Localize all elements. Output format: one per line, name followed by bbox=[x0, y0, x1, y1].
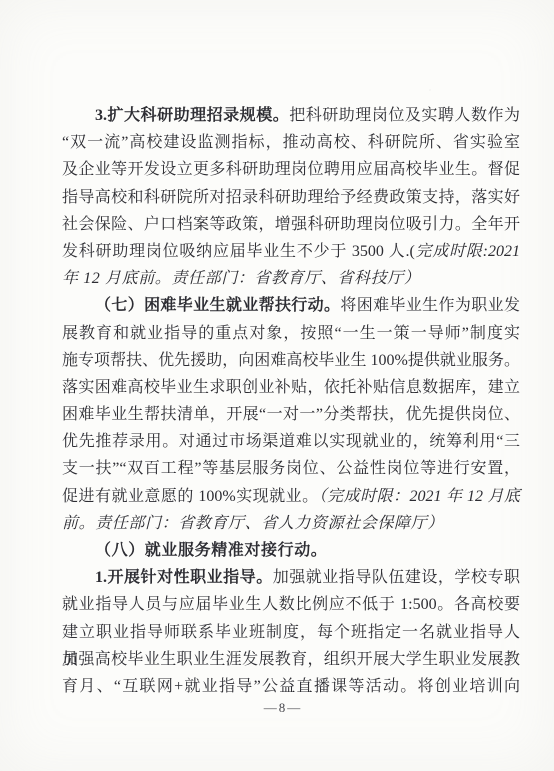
text-line: 指导高校和科研院所对招录科研助理给予经费政策支持，落实好 bbox=[62, 184, 520, 211]
text-line: 3.扩大科研助理招录规模。把科研助理岗位及实聘人数作为 bbox=[62, 102, 520, 129]
body-segment: 把科研助理岗位及实聘人数作为 bbox=[289, 107, 520, 124]
text-line: 落实困难高校毕业生求职创业补贴，依托补贴信息数据库，建立 bbox=[62, 374, 520, 401]
document-text: 3.扩大科研助理招录规模。把科研助理岗位及实聘人数作为“双一流”高校建设监测指标… bbox=[62, 102, 520, 700]
heading-segment: （八）就业服务精准对接行动。 bbox=[95, 542, 327, 559]
text-line: 发科研助理岗位吸纳应届毕业生不少于 3500 人.(完成时限:2021 bbox=[62, 238, 520, 265]
body-segment: 促进有就业意愿的 100%实现就业。 bbox=[62, 488, 319, 505]
annotation-segment: 年 12 月底前。责任部门：省教育厅、省科技厅） bbox=[62, 270, 420, 287]
text-line: 及企业等开发设立更多科研助理岗位聘用应届高校毕业生。督促 bbox=[62, 156, 520, 183]
body-segment: 就业指导人员与应届毕业生人数比例应不低于 1:500。各高校要 bbox=[62, 596, 520, 613]
text-line: 年 12 月底前。责任部门：省教育厅、省科技厅） bbox=[62, 265, 520, 292]
body-segment: 社会保险、户口档案等政策，增强科研助理岗位吸引力。全年开 bbox=[62, 216, 520, 233]
text-line: 展教育和就业指导的重点对象，按照“一生一策一导师”制度实 bbox=[62, 320, 520, 347]
text-line: 困难毕业生帮扶清单，开展“一对一”分类帮扶，优先提供岗位、 bbox=[62, 401, 520, 428]
text-line: 1.开展针对性职业指导。加强就业指导队伍建设，学校专职 bbox=[62, 564, 520, 591]
annotation-segment: （完成时限：2021 年 12 月底 bbox=[319, 488, 520, 505]
body-segment: 支一扶”“双百工程”等基层服务岗位、公益性岗位等进行安置， bbox=[62, 460, 520, 477]
text-line: “双一流”高校建设监测指标，推动高校、科研院所、省实验室 bbox=[62, 129, 520, 156]
text-line: 施专项帮扶、优先援助，向困难高校毕业生 100%提供就业服务。 bbox=[62, 347, 520, 374]
body-segment: 及企业等开发设立更多科研助理岗位聘用应届高校毕业生。督促 bbox=[62, 161, 520, 178]
text-line: 前。责任部门：省教育厅、省人力资源社会保障厅） bbox=[62, 510, 520, 537]
body-segment: “双一流”高校建设监测指标，推动高校、科研院所、省实验室 bbox=[62, 134, 520, 151]
text-line: 育月、“互联网+就业指导”公益直播课等活动。将创业培训向 bbox=[62, 673, 520, 700]
body-segment: 加强高校毕业生职业生涯发展教育，组织开展大学生职业发展教 bbox=[62, 651, 520, 668]
heading-segment: 3.扩大科研助理招录规模。 bbox=[95, 107, 289, 124]
body-segment: 指导高校和科研院所对招录科研助理给予经费政策支持，落实好 bbox=[62, 189, 520, 206]
text-line: 促进有就业意愿的 100%实现就业。（完成时限：2021 年 12 月底 bbox=[62, 483, 520, 510]
body-segment: 发科研助理岗位吸纳应届毕业生不少于 3500 人.( bbox=[62, 243, 415, 260]
text-line: 社会保险、户口档案等政策，增强科研助理岗位吸引力。全年开 bbox=[62, 211, 520, 238]
text-line: 就业指导人员与应届毕业生人数比例应不低于 1:500。各高校要 bbox=[62, 591, 520, 618]
text-line: 优先推荐录用。对通过市场渠道难以实现就业的，统筹利用“三 bbox=[62, 428, 520, 455]
body-segment: 困难毕业生帮扶清单，开展“一对一”分类帮扶，优先提供岗位、 bbox=[62, 406, 520, 423]
body-segment: 施专项帮扶、优先援助，向困难高校毕业生 100%提供就业服务。 bbox=[62, 352, 520, 369]
body-segment: 加强就业指导队伍建设，学校专职 bbox=[273, 569, 520, 586]
annotation-segment: 前。责任部门：省教育厅、省人力资源社会保障厅） bbox=[62, 515, 444, 532]
body-segment: 育月、“互联网+就业指导”公益直播课等活动。将创业培训向 bbox=[62, 678, 520, 695]
text-line: 支一扶”“双百工程”等基层服务岗位、公益性岗位等进行安置， bbox=[62, 455, 520, 482]
scanned-page: 3.扩大科研助理招录规模。把科研助理岗位及实聘人数作为“双一流”高校建设监测指标… bbox=[0, 0, 554, 771]
annotation-segment: 完成时限:2021 bbox=[415, 243, 520, 260]
text-line: （八）就业服务精准对接行动。 bbox=[62, 537, 520, 564]
heading-segment: 1.开展针对性职业指导。 bbox=[95, 569, 273, 586]
body-segment: 将困难毕业生作为职业发 bbox=[340, 297, 520, 314]
text-line: 建立职业指导师联系毕业班制度，每个班指定一名就业指导人员。 bbox=[62, 619, 520, 646]
body-segment: 展教育和就业指导的重点对象，按照“一生一策一导师”制度实 bbox=[62, 325, 520, 342]
body-segment: 优先推荐录用。对通过市场渠道难以实现就业的，统筹利用“三 bbox=[62, 433, 520, 450]
text-line: 加强高校毕业生职业生涯发展教育，组织开展大学生职业发展教 bbox=[62, 646, 520, 673]
text-line: （七）困难毕业生就业帮扶行动。将困难毕业生作为职业发 bbox=[62, 292, 520, 319]
page-number: —8— bbox=[0, 700, 554, 716]
body-segment: 落实困难高校毕业生求职创业补贴，依托补贴信息数据库，建立 bbox=[62, 379, 520, 396]
heading-segment: （七）困难毕业生就业帮扶行动。 bbox=[95, 297, 340, 314]
